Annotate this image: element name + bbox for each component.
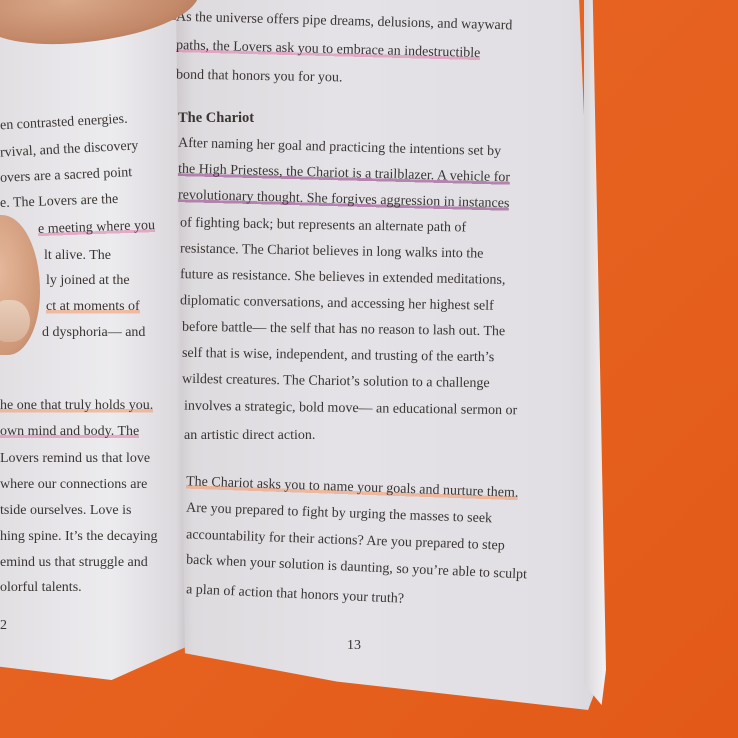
left-line: where our connections are xyxy=(0,477,147,493)
left-line: ly joined at the xyxy=(46,273,130,289)
paragraph1-line: an artistic direct action. xyxy=(184,428,315,444)
left-line: d dysphoria— and xyxy=(42,325,145,341)
left-line: emind us that struggle and xyxy=(0,555,148,571)
left-line: Lovers remind us that love xyxy=(0,451,150,467)
right-page-number: 13 xyxy=(347,638,361,654)
left-line: tside ourselves. Love is xyxy=(0,503,131,519)
left-line: lt alive. The xyxy=(44,248,111,264)
left-line: ct at moments of xyxy=(46,299,140,315)
section-heading: The Chariot xyxy=(178,110,254,127)
left-line: olorful talents. xyxy=(0,580,82,596)
left-line: hing spine. It’s the decaying xyxy=(0,529,157,545)
left-line: own mind and body. The xyxy=(0,424,139,440)
left-page-number: 2 xyxy=(0,618,7,634)
intro-line: bond that honors you for you. xyxy=(176,68,343,87)
left-line: he one that truly holds you. xyxy=(0,398,153,414)
